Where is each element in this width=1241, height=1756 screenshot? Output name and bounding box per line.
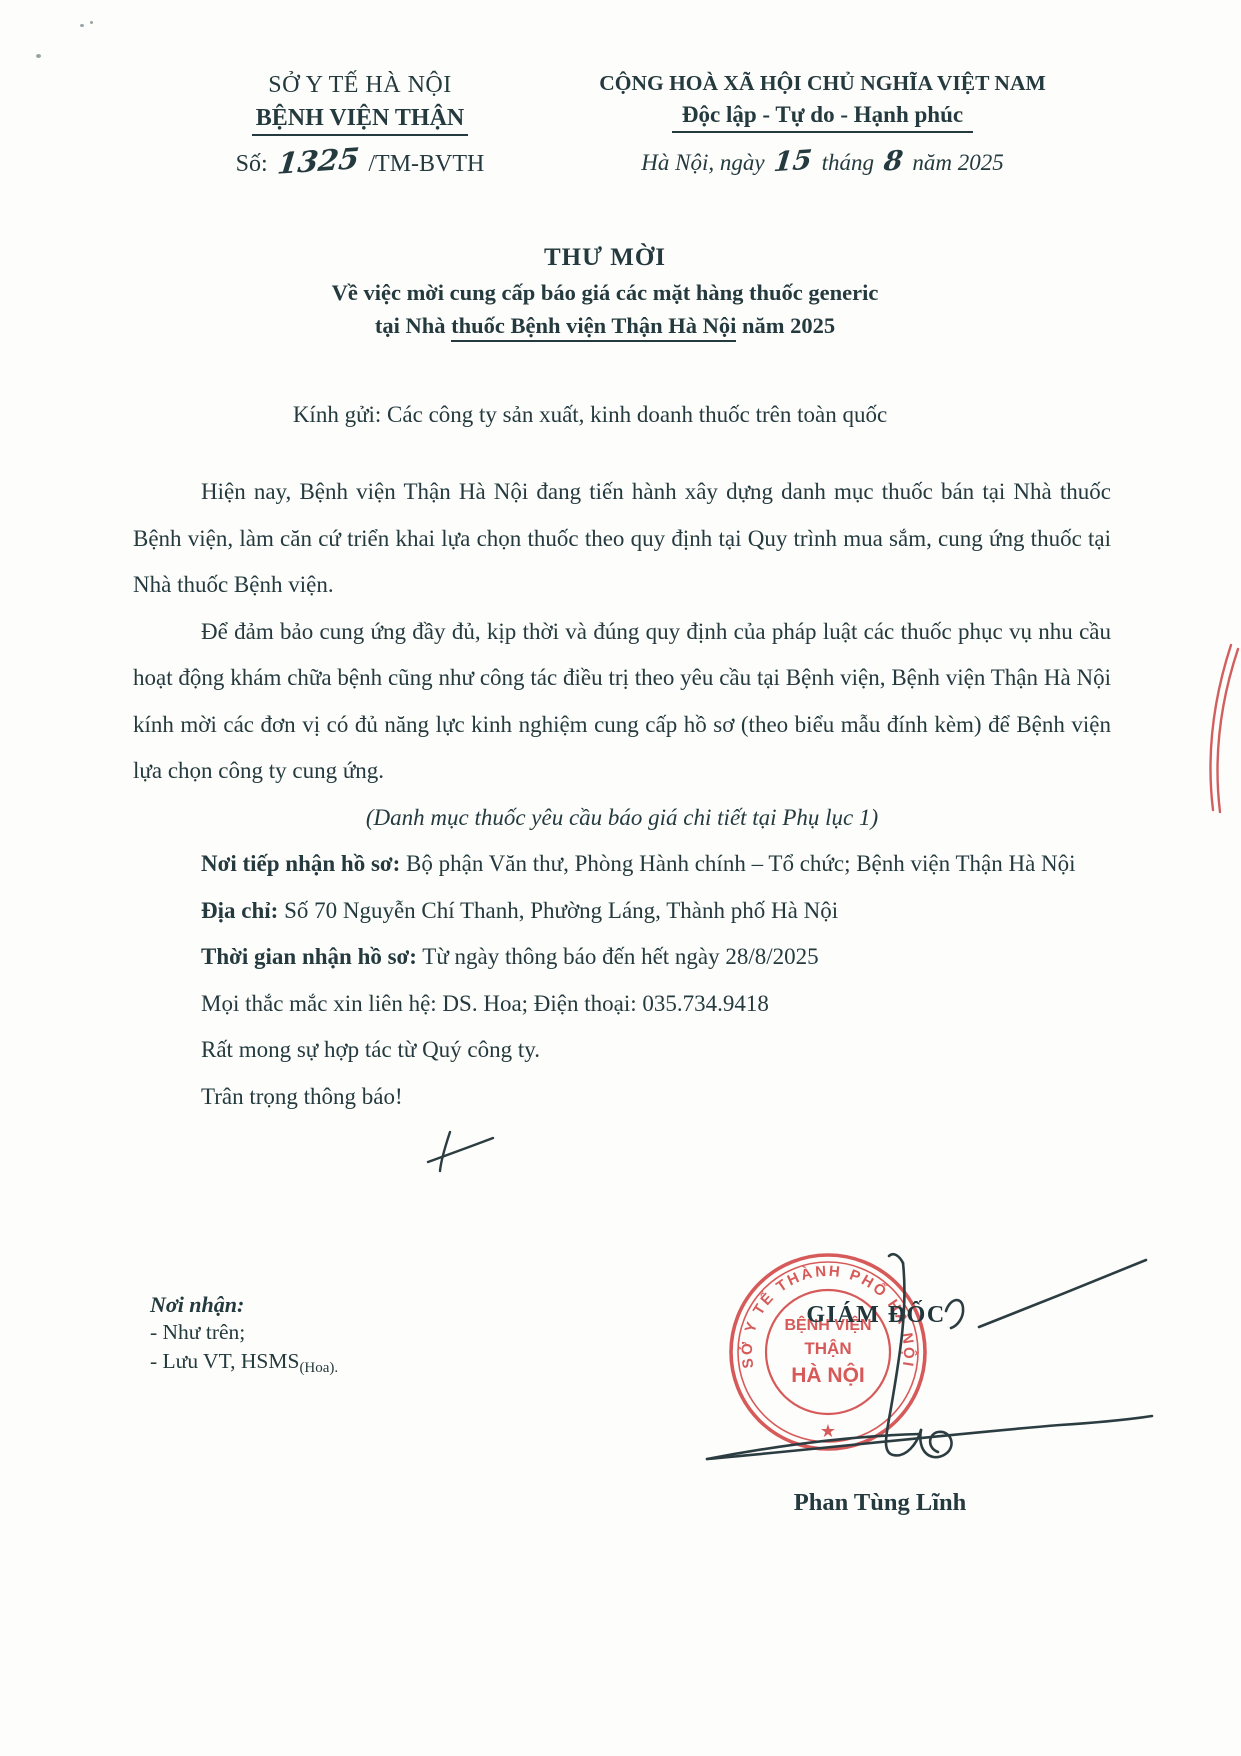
letter-body: Hiện nay, Bệnh viện Thận Hà Nội đang tiế…: [133, 469, 1111, 1120]
receive-line: Nơi tiếp nhận hồ sơ: Bộ phận Văn thư, Ph…: [133, 841, 1111, 888]
salutation-line: Kính gửi: Các công ty sản xuất, kinh doa…: [0, 402, 1180, 428]
handwritten-initial-mark: [418, 1122, 503, 1182]
org-name: BỆNH VIỆN THẬN: [150, 103, 570, 133]
handwritten-number: 1325: [275, 141, 360, 181]
signer-name: Phan Tùng Lĩnh: [730, 1489, 1030, 1517]
subject-line1: Về việc mời cung cấp báo giá các mặt hàn…: [0, 277, 1210, 310]
number-label: Số:: [236, 151, 268, 177]
appendix-note: (Danh mục thuốc yêu cầu báo giá chi tiết…: [133, 795, 1111, 842]
date-prefix: Hà Nội, ngày: [641, 150, 764, 175]
closing-line1: Rất mong sự hợp tác từ Quý công ty.: [133, 1027, 1111, 1074]
document-number-line: Số: 1325 /TM-BVTH: [150, 144, 570, 178]
handwritten-day: 15: [772, 145, 813, 179]
national-motto-line1: CỘNG HOÀ XÃ HỘI CHỦ NGHĨA VIỆT NAM: [550, 70, 1095, 97]
signature-ink: [650, 1120, 1200, 1490]
issuer-header: SỞ Y TẾ HÀ NỘI BỆNH VIỆN THẬN Số: 1325 /…: [150, 70, 570, 178]
document-subject: Về việc mời cung cấp báo giá các mặt hàn…: [0, 277, 1210, 342]
subject-line2: tại Nhà thuốc Bệnh viện Thận Hà Nội năm …: [0, 310, 1210, 343]
national-header: CỘNG HOÀ XÃ HỘI CHỦ NGHĨA VIỆT NAM Độc l…: [550, 70, 1095, 177]
scanned-letter-page: SỞ Y TẾ HÀ NỘI BỆNH VIỆN THẬN Số: 1325 /…: [0, 0, 1241, 1756]
scan-speck: [80, 24, 84, 27]
date-mid: tháng: [822, 150, 874, 175]
paragraph-2: Để đảm bảo cung ứng đầy đủ, kịp thời và …: [133, 609, 1111, 795]
date-line: Hà Nội, ngày 15 tháng 8 năm 2025: [550, 146, 1095, 177]
handwritten-month: 8: [882, 145, 904, 177]
recipient-item: - Như trên;: [150, 1318, 338, 1347]
date-suffix: năm 2025: [912, 150, 1003, 175]
contact-line: Mọi thắc mắc xin liên hệ: DS. Hoa; Điện …: [133, 981, 1111, 1028]
scan-speck: [36, 54, 41, 58]
red-edge-stamp-mark: [1195, 635, 1241, 825]
recipient-subscript: (Hoa).: [299, 1360, 338, 1376]
address-line: Địa chỉ: Số 70 Nguyễn Chí Thanh, Phường …: [133, 888, 1111, 935]
number-suffix: /TM-BVTH: [368, 151, 484, 177]
paragraph-1: Hiện nay, Bệnh viện Thận Hà Nội đang tiế…: [133, 469, 1111, 609]
recipients-label: Nơi nhận:: [150, 1292, 338, 1318]
closing-line2: Trân trọng thông báo!: [133, 1074, 1111, 1121]
recipient-item: - Lưu VT, HSMS(Hoa).: [150, 1347, 338, 1383]
scan-speck: [90, 21, 93, 24]
deadline-line: Thời gian nhận hồ sơ: Từ ngày thông báo …: [133, 934, 1111, 981]
recipients-block: Nơi nhận: - Như trên; - Lưu VT, HSMS(Hoa…: [150, 1292, 338, 1382]
national-motto-line2: Độc lập - Tự do - Hạnh phúc: [550, 101, 1095, 129]
document-title: THƯ MỜI: [0, 243, 1210, 273]
parent-org-name: SỞ Y TẾ HÀ NỘI: [150, 70, 570, 100]
